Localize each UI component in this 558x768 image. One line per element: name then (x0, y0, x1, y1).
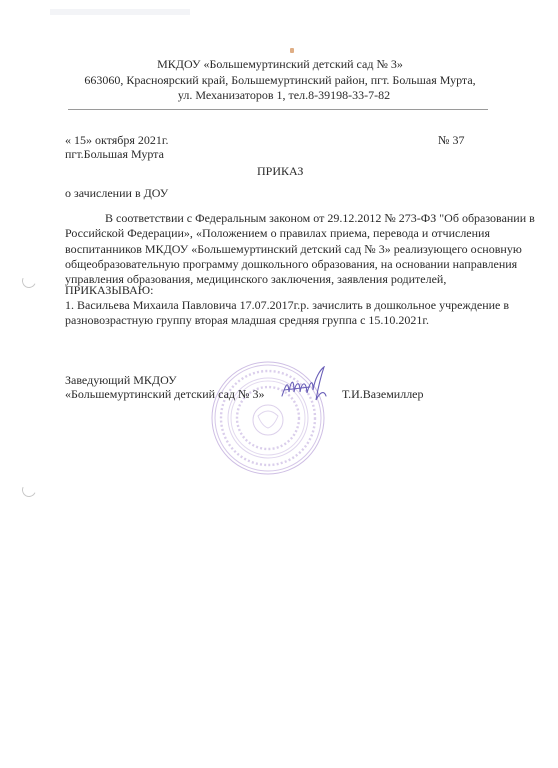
order-place: пгт.Большая Мурта (65, 147, 164, 162)
order-word: ПРИКАЗЫВАЮ: (65, 283, 153, 298)
order-item-line: разновозрастную группу вторая младшая ср… (65, 313, 490, 328)
order-number: № 37 (438, 133, 464, 148)
scan-mark (290, 48, 294, 53)
preamble: В соответствии с Федеральным законом от … (65, 211, 490, 287)
punch-hole-mark (20, 272, 38, 290)
order-date: « 15» октября 2021г. (65, 133, 168, 148)
document-title: ПРИКАЗ (257, 164, 303, 179)
order-item-line: 1. Васильева Михаила Павловича 17.07.201… (65, 298, 490, 313)
punch-hole-mark (20, 481, 38, 499)
preamble-line: воспитанников МКДОУ «Большемуртинский де… (65, 242, 490, 257)
header-divider (68, 109, 488, 110)
signer-position-line-2: «Большемуртинский детский сад № 3» (65, 387, 264, 402)
address-line-1: 663060, Красноярский край, Большемуртинс… (60, 73, 500, 89)
letterhead: МКДОУ «Большемуртинский детский сад № 3»… (60, 57, 500, 104)
order-item: 1. Васильева Михаила Павловича 17.07.201… (65, 298, 490, 329)
signer-position-line-1: Заведующий МКДОУ (65, 373, 177, 388)
preamble-line: Российской Федерации», «Положением о пра… (65, 226, 490, 241)
document-subject: о зачислении в ДОУ (65, 186, 168, 201)
preamble-line: общеобразовательную программу дошкольног… (65, 257, 490, 272)
org-name: МКДОУ «Большемуртинский детский сад № 3» (60, 57, 500, 73)
signature-icon (280, 366, 332, 406)
address-line-2: ул. Механизаторов 1, тел.8-39198-33-7-82 (60, 88, 500, 104)
signer-name: Т.И.Ваземиллер (342, 387, 424, 402)
scan-artifact (50, 9, 190, 15)
preamble-line: В соответствии с Федеральным законом от … (65, 211, 490, 226)
